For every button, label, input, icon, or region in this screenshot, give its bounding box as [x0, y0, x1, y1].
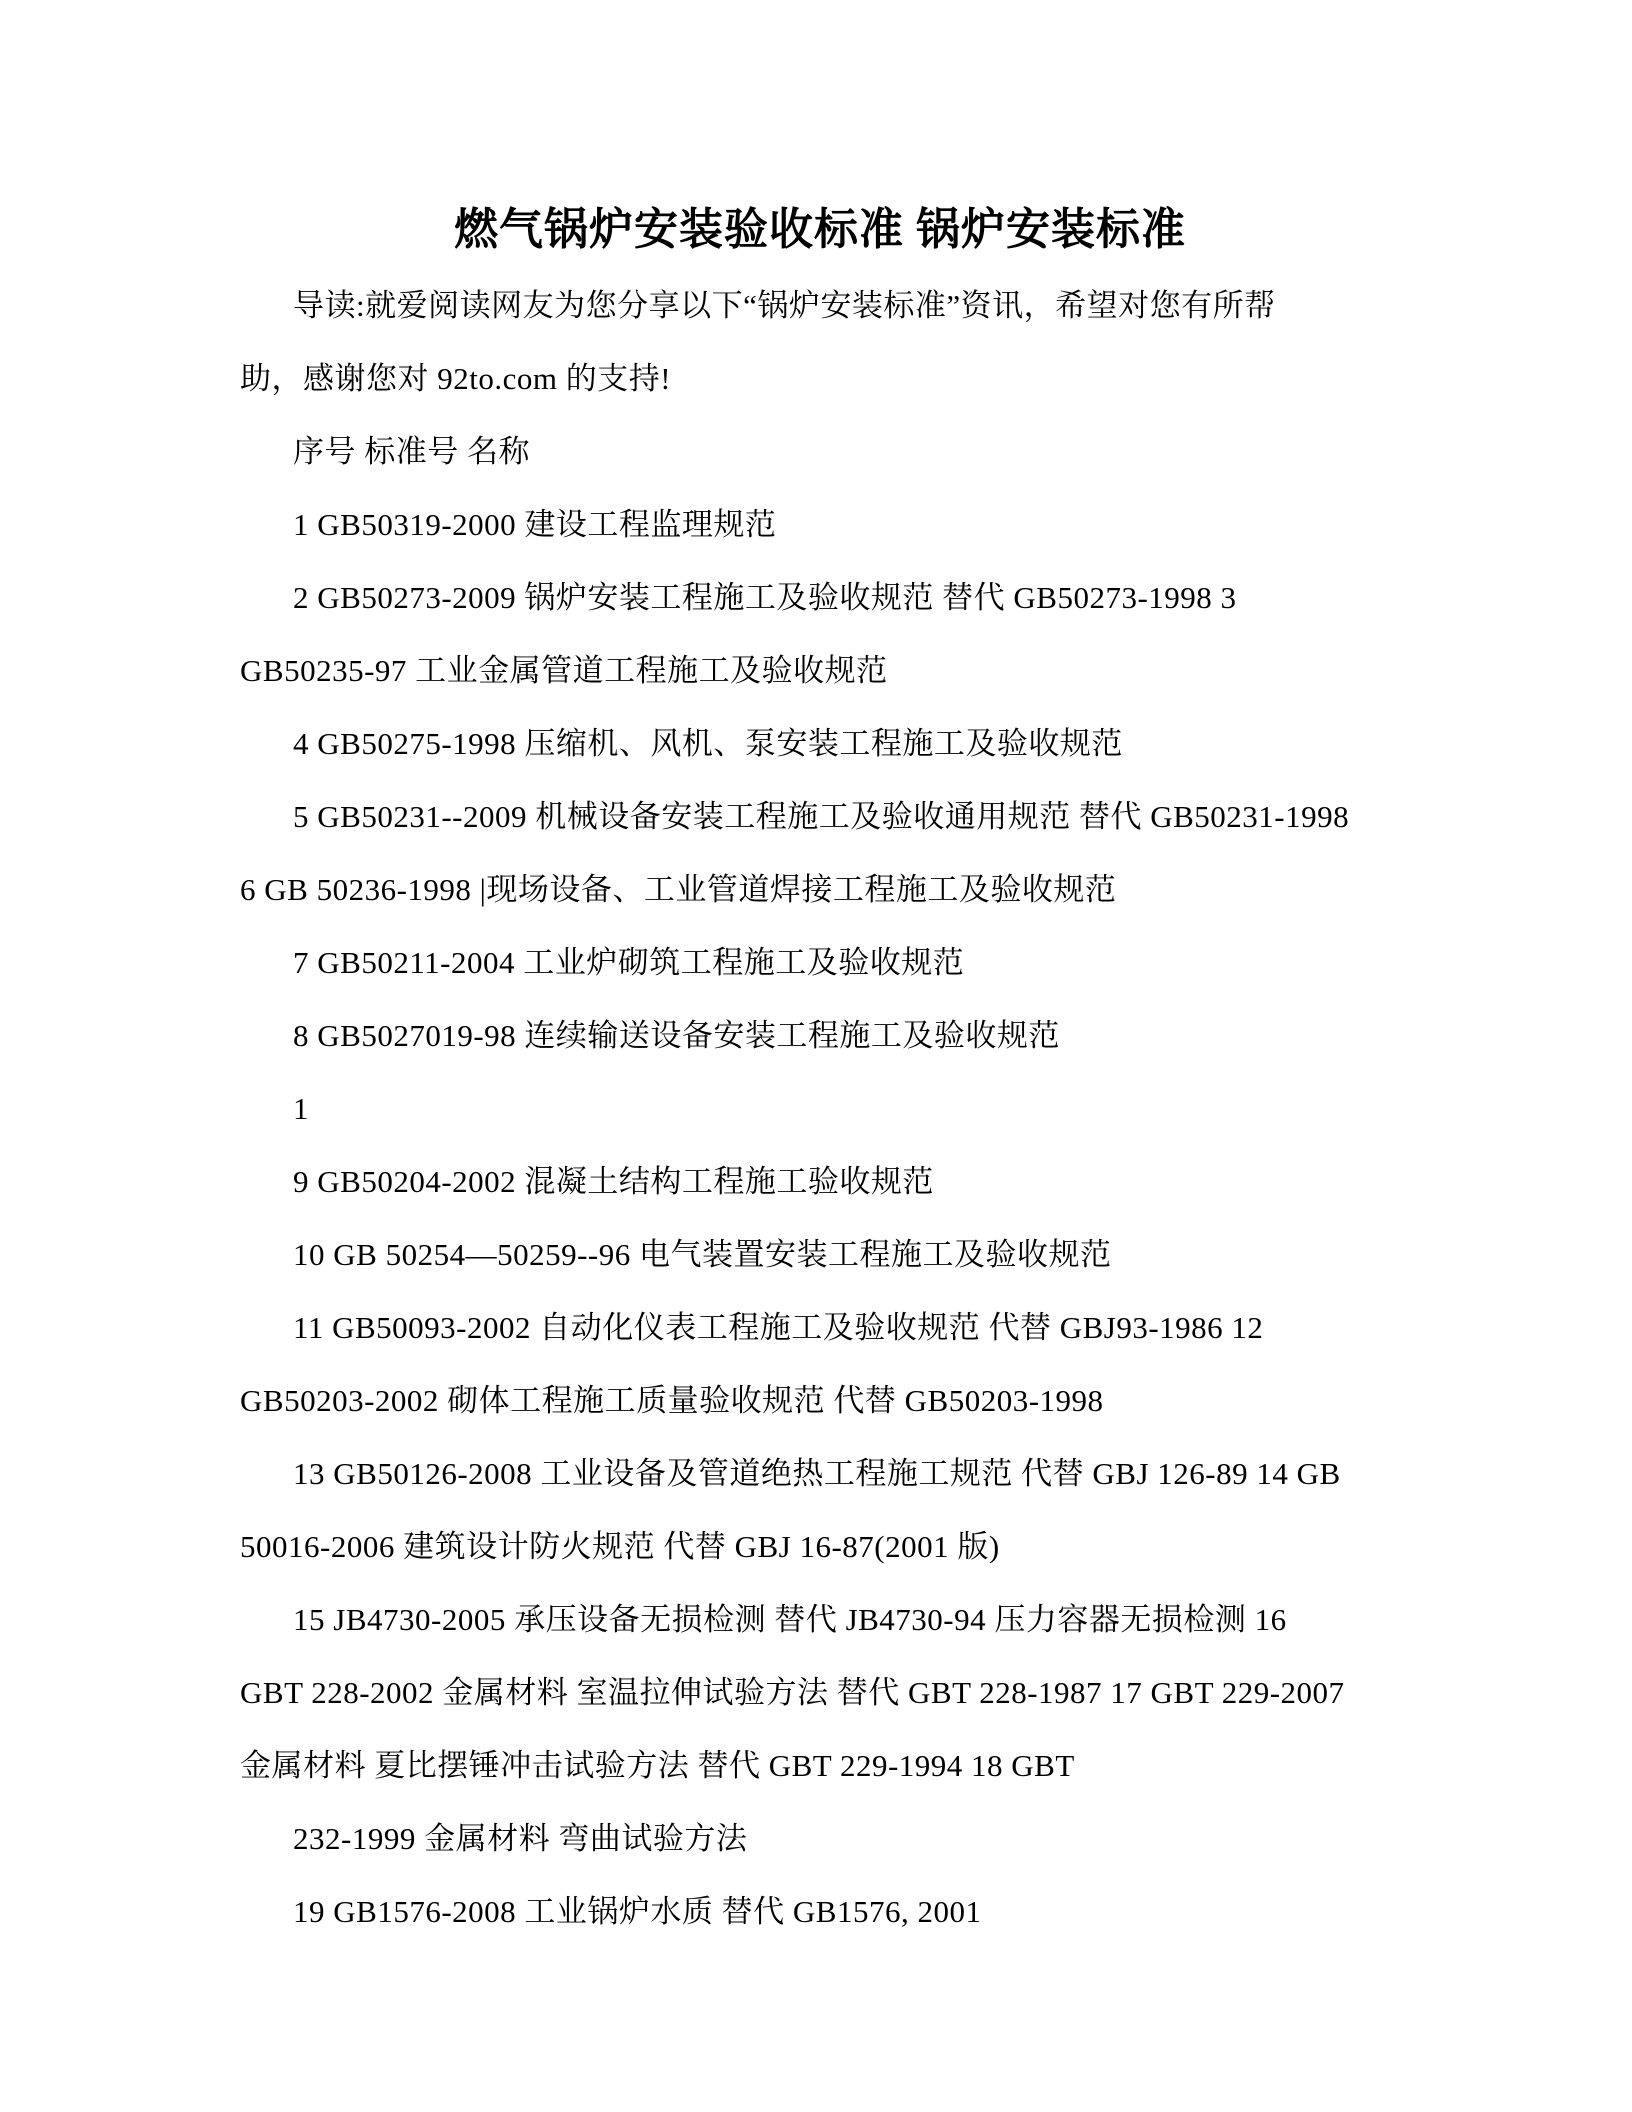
text-line: 1 GB50319-2000 建设工程监理规范: [0, 488, 1632, 561]
text-line: GB50203-2002 砌体工程施工质量验收规范 代替 GB50203-199…: [0, 1364, 1632, 1437]
text-line: 1: [0, 1072, 1632, 1145]
text-line: 10 GB 50254—50259--96 电气装置安装工程施工及验收规范: [0, 1218, 1632, 1291]
text-line: 11 GB50093-2002 自动化仪表工程施工及验收规范 代替 GBJ93-…: [0, 1291, 1632, 1364]
text-line: 5 GB50231--2009 机械设备安装工程施工及验收通用规范 替代 GB5…: [0, 780, 1632, 853]
text-line: 6 GB 50236-1998 |现场设备、工业管道焊接工程施工及验收规范: [0, 853, 1632, 926]
text-line: 50016-2006 建筑设计防火规范 代替 GBJ 16-87(2001 版): [0, 1510, 1632, 1583]
text-line: 7 GB50211-2004 工业炉砌筑工程施工及验收规范: [0, 926, 1632, 999]
text-line: 导读:就爱阅读网友为您分享以下“锅炉安装标准”资讯，希望对您有所帮: [0, 269, 1632, 342]
text-line: 15 JB4730-2005 承压设备无损检测 替代 JB4730-94 压力容…: [0, 1583, 1632, 1656]
text-line: 4 GB50275-1998 压缩机、风机、泵安装工程施工及验收规范: [0, 707, 1632, 780]
text-line: GBT 228-2002 金属材料 室温拉伸试验方法 替代 GBT 228-19…: [0, 1656, 1632, 1729]
document-title: 燃气锅炉安装验收标准 锅炉安装标准: [240, 0, 1400, 255]
text-line: 2 GB50273-2009 锅炉安装工程施工及验收规范 替代 GB50273-…: [0, 561, 1632, 634]
text-line: 8 GB5027019-98 连续输送设备安装工程施工及验收规范: [0, 999, 1632, 1072]
text-line: 19 GB1576-2008 工业锅炉水质 替代 GB1576, 2001: [0, 1875, 1632, 1948]
document-page: 燃气锅炉安装验收标准 锅炉安装标准 导读:就爱阅读网友为您分享以下“锅炉安装标准…: [0, 0, 1632, 2112]
text-line: GB50235-97 工业金属管道工程施工及验收规范: [0, 634, 1632, 707]
document-body: 导读:就爱阅读网友为您分享以下“锅炉安装标准”资讯，希望对您有所帮助，感谢您对 …: [0, 269, 1632, 1948]
text-line: 金属材料 夏比摆锤冲击试验方法 替代 GBT 229-1994 18 GBT: [0, 1729, 1632, 1802]
text-line: 13 GB50126-2008 工业设备及管道绝热工程施工规范 代替 GBJ 1…: [0, 1437, 1632, 1510]
text-line: 序号 标准号 名称: [0, 415, 1632, 488]
text-line: 232-1999 金属材料 弯曲试验方法: [0, 1802, 1632, 1875]
text-line: 助，感谢您对 92to.com 的支持!: [0, 342, 1632, 415]
text-line: 9 GB50204-2002 混凝土结构工程施工验收规范: [0, 1145, 1632, 1218]
